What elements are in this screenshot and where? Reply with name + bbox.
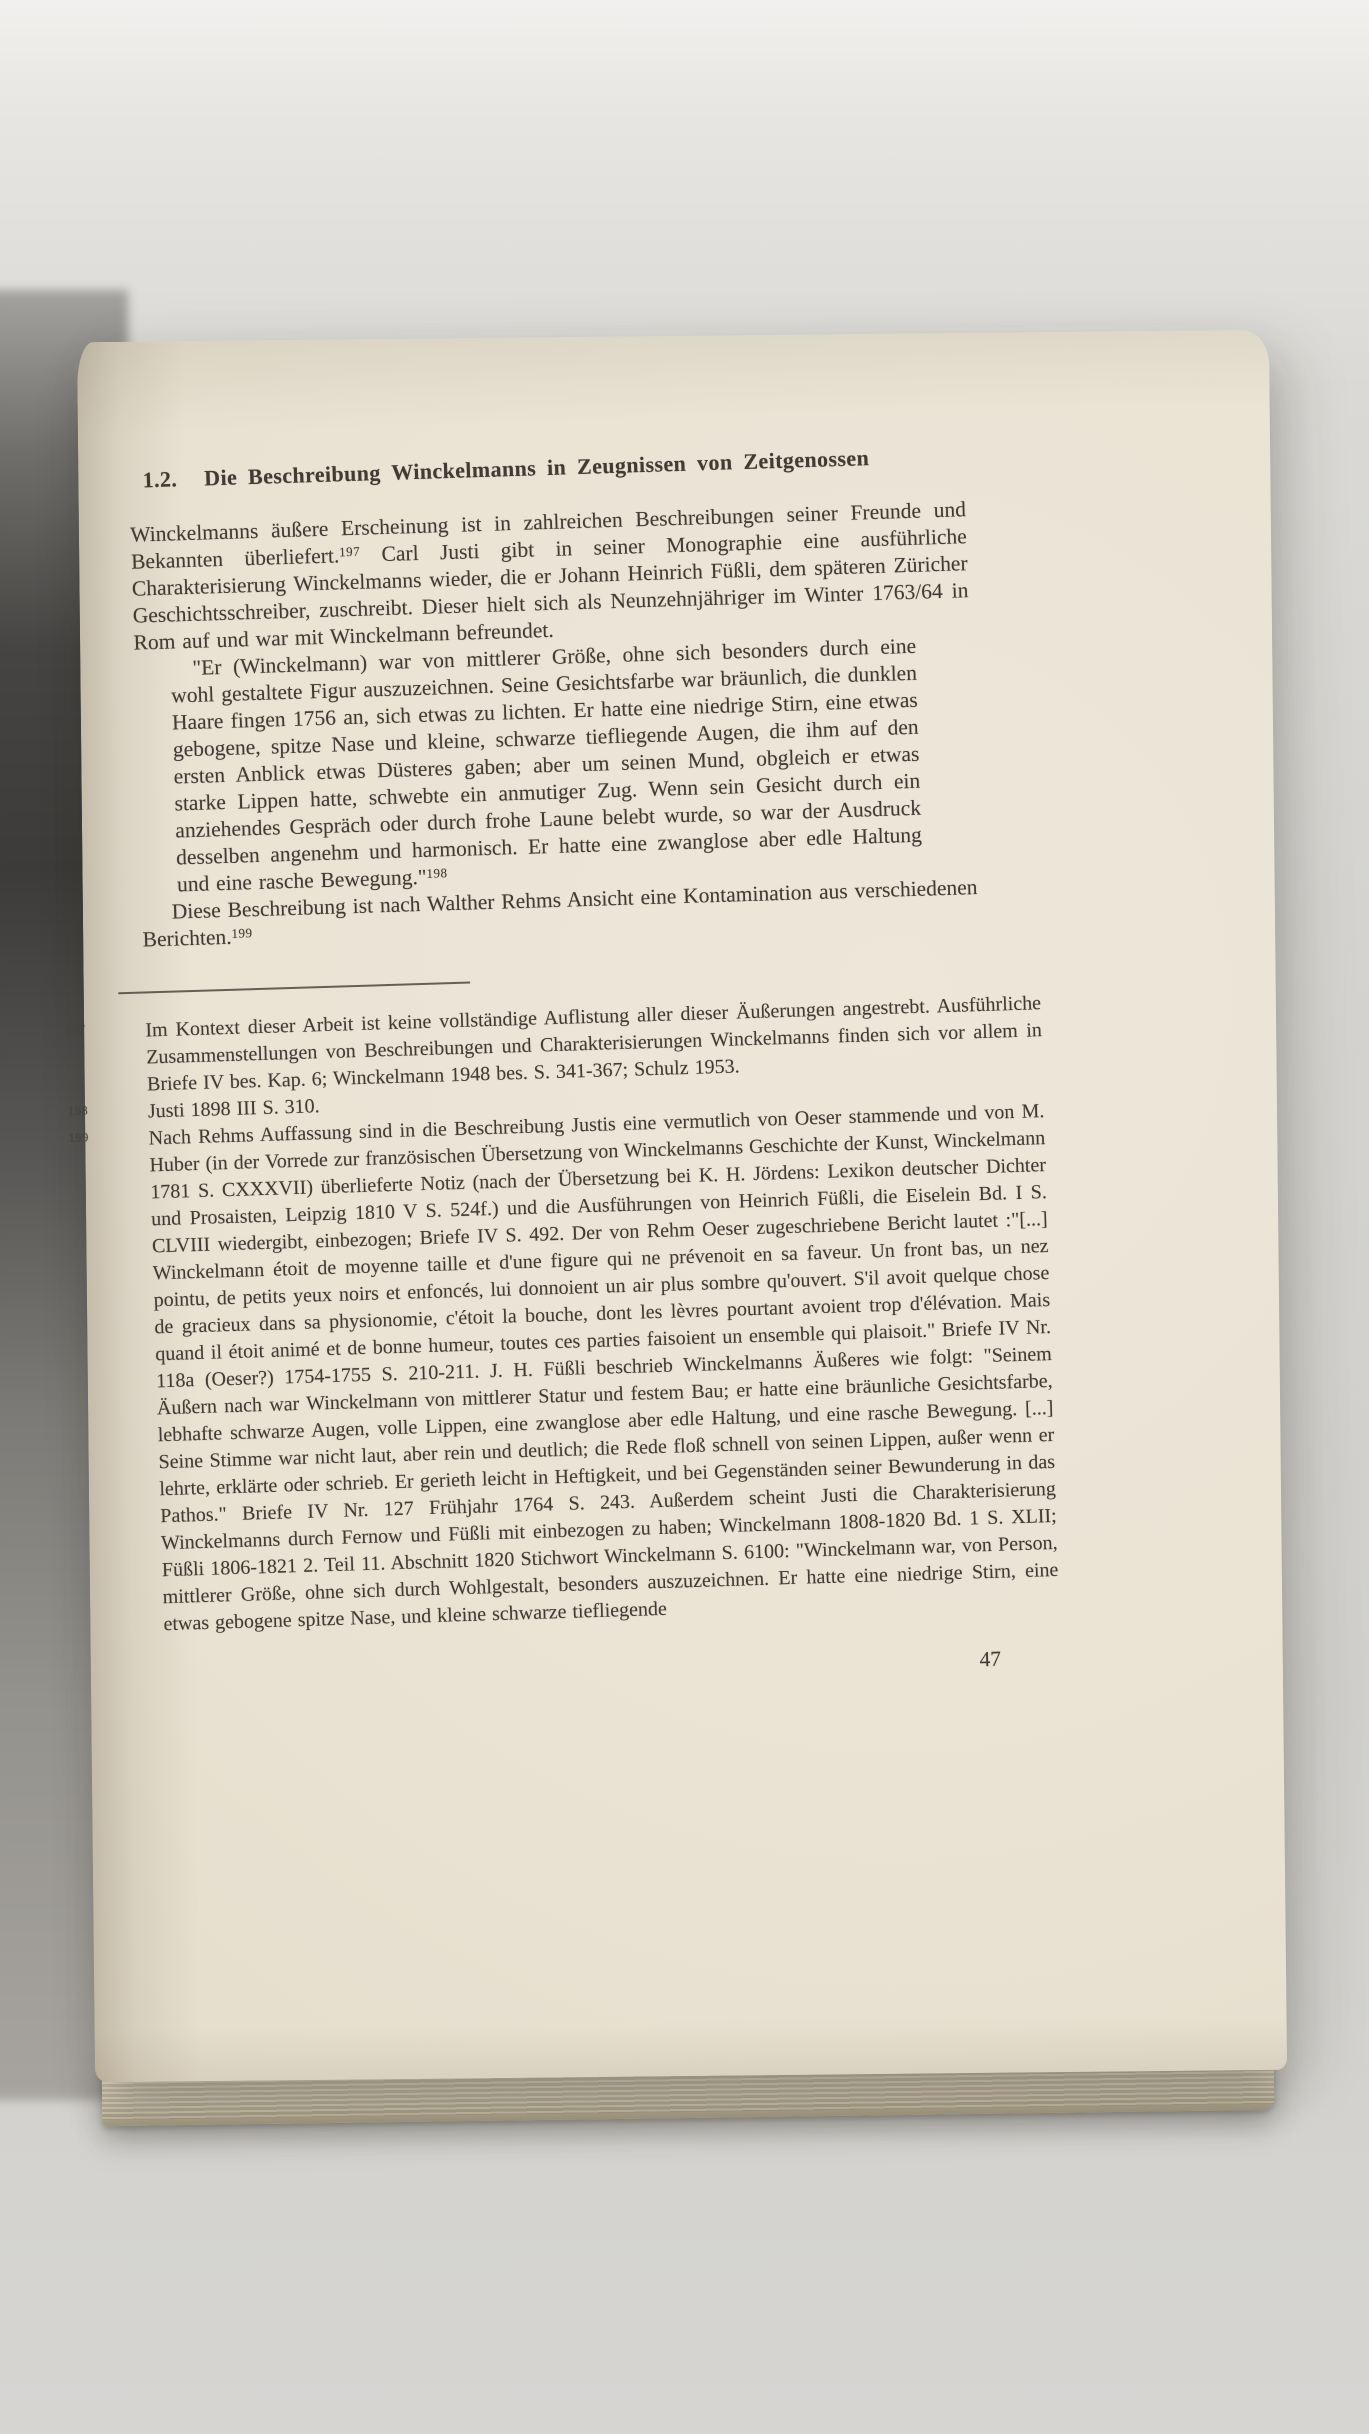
section-heading: 1.2.Die Beschreibung Winckelmanns in Zeu… [142, 439, 1063, 493]
page-text-block: 1.2.Die Beschreibung Winckelmanns in Zeu… [128, 439, 1100, 1697]
footnote-199-text: Nach Rehms Auffassung sind in die Beschr… [148, 1100, 1058, 1635]
block-quote: "Er (Winckelmann) war von mittlerer Größ… [170, 633, 923, 899]
section-number: 1.2. [142, 466, 177, 492]
footnote-rule [118, 982, 470, 995]
paragraph-intro: Winckelmanns äußere Erscheinung ist in z… [130, 496, 970, 656]
book-page: 1.2.Die Beschreibung Winckelmanns in Zeu… [77, 330, 1287, 2082]
book-photo: 1.2.Die Beschreibung Winckelmanns in Zeu… [0, 0, 1369, 2434]
footnote-198-number: 198 [108, 1108, 148, 1109]
section-title: Die Beschreibung Winckelmanns in Zeugnis… [204, 445, 870, 490]
footnote-ref-198: 198 [426, 865, 447, 881]
footnote-ref-199: 199 [231, 925, 252, 941]
footnote-197-number: 197 [105, 1027, 145, 1028]
footnotes-section: 197Im Kontext dieser Arbeit ist keine vo… [143, 990, 1060, 1638]
footnote-ref-197: 197 [339, 544, 360, 560]
block-quote-text: "Er (Winckelmann) war von mittlerer Größ… [171, 634, 922, 897]
page-number: 47 [165, 1647, 1003, 1698]
footnote-199-number: 199 [109, 1135, 149, 1136]
footnote-198-text: Justi 1898 III S. 310. [148, 1095, 320, 1122]
footnote-199: 199Nach Rehms Auffassung sind in die Bes… [148, 1098, 1059, 1638]
